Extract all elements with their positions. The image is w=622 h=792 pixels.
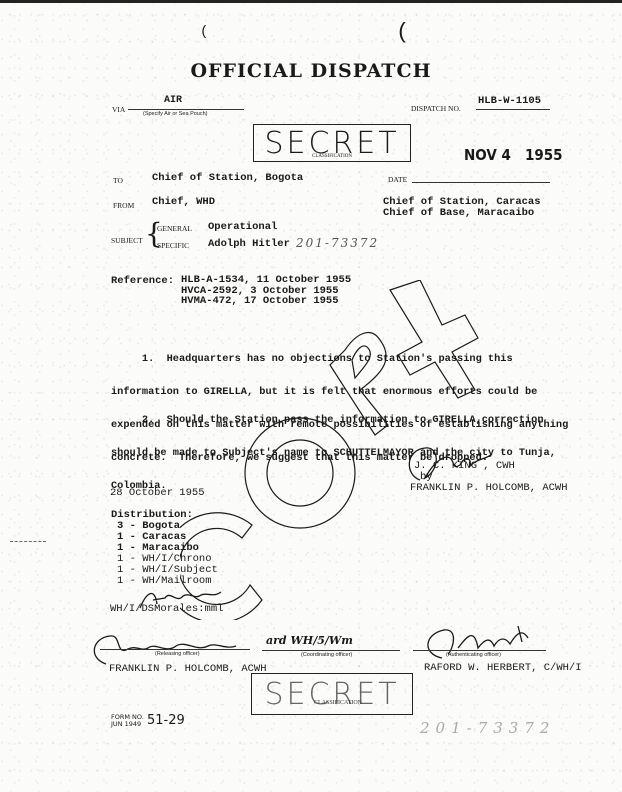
releasing-line — [100, 648, 250, 650]
coordinating-officer-label: (Coordinating officer) — [301, 652, 352, 658]
subject-handwritten-number: 201-73372 — [296, 236, 379, 250]
dispatch-no-field: HLB-W-1105 — [476, 95, 550, 110]
date-stamp: NOV 4 1955 — [464, 146, 563, 164]
from-value: Chief, WHD — [152, 196, 215, 208]
via-hint: (Specify Air or Sea Pouch) — [143, 111, 208, 117]
date-field — [412, 172, 550, 183]
subject-label: SUBJECT — [111, 236, 143, 245]
bottom-classification-stamp: SECRET CLASSIFICATION — [251, 673, 413, 715]
from-label: FROM — [113, 201, 134, 210]
authenticating-line — [413, 649, 546, 651]
cc-list: Chief of Station, Caracas Chief of Base,… — [383, 197, 541, 219]
classification-stamp: SECRET CLASSIFICATION — [253, 124, 411, 162]
bottom-classification-value: SECRET — [264, 677, 399, 712]
releasing-officer: FRANKLIN P. HOLCOMB, ACWH — [109, 663, 267, 675]
to-value: Chief of Station, Bogota — [152, 172, 303, 184]
subject-general-label: GENERAL — [157, 224, 192, 233]
authenticating-officer-label: (Authenticating officer) — [446, 652, 501, 658]
scan-artifact — [10, 541, 46, 542]
via-field: AIR — [128, 95, 244, 110]
reference-label: Reference: — [111, 275, 174, 287]
via-value: AIR — [164, 95, 182, 106]
dispatch-no: HLB-W-1105 — [478, 95, 541, 107]
subject-specific-label: SPECIFIC — [157, 241, 189, 250]
via-label: VIA — [112, 105, 125, 114]
subject-general: Operational — [208, 221, 277, 233]
dispatch-no-label: DISPATCH NO. — [411, 104, 461, 113]
subject-specific: Adolph Hitler — [208, 238, 290, 250]
form-no-block: FORM NO. JUN 1949 — [111, 714, 144, 728]
punch-mark: ( — [200, 24, 208, 40]
cc-line: Chief of Base, Maracaibo — [383, 208, 541, 219]
coordinating-note: ard WH/5/Wm — [266, 634, 353, 647]
page-title: OFFICIAL DISPATCH — [0, 60, 622, 82]
bottom-classification-label: CLASSIFICATION — [314, 700, 362, 706]
coordinating-line — [262, 649, 400, 651]
copy-watermark — [180, 280, 480, 620]
date-label: DATE — [388, 175, 407, 184]
authenticating-officer: RAFORD W. HERBERT, C/WH/I — [424, 662, 582, 674]
scan-edge — [0, 0, 622, 3]
classification-label: CLASSIFICATION — [312, 154, 352, 159]
form-no: 51-29 — [147, 713, 185, 728]
form-date: JUN 1949 — [111, 721, 144, 728]
handwritten-file-number: 201-73372 — [420, 719, 555, 737]
punch-mark: ( — [396, 20, 409, 45]
to-label: TO — [113, 176, 123, 185]
releasing-officer-label: (Releasing officer) — [155, 651, 200, 657]
